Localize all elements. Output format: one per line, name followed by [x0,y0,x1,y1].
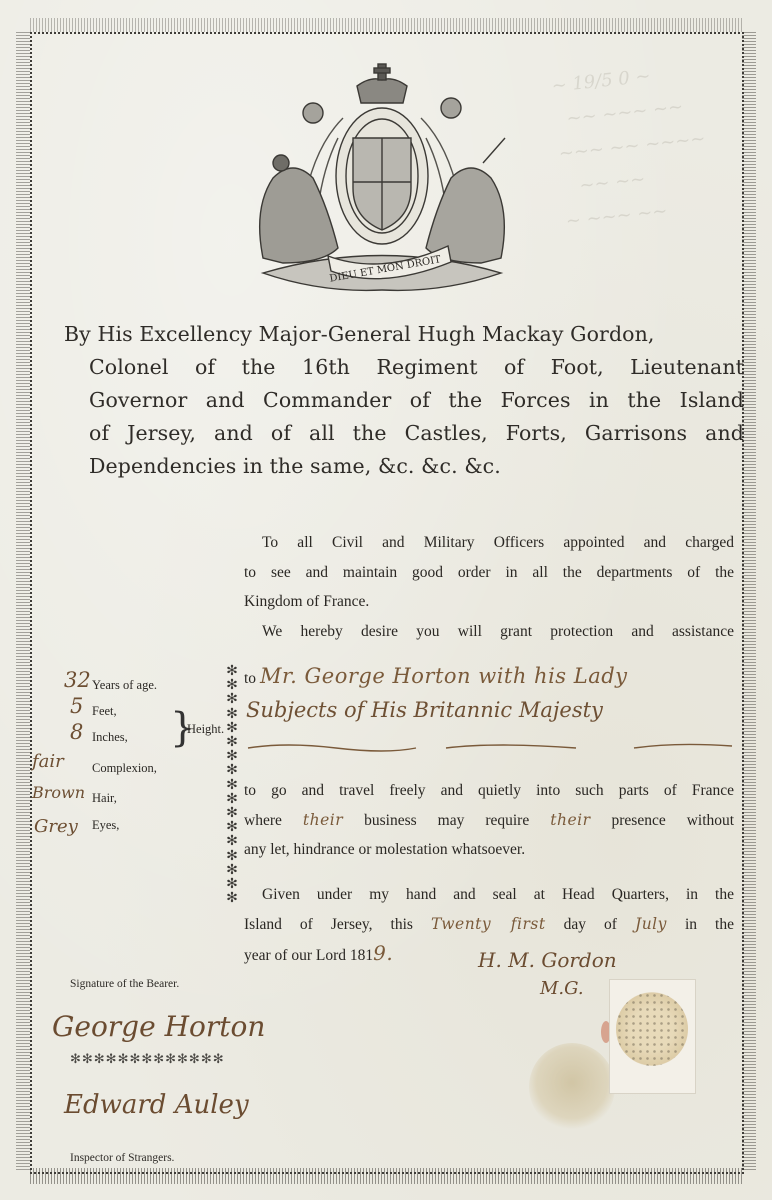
to-label: to [244,670,256,687]
hair-row: Brown Hair, [40,787,240,811]
inches-label: Inches, [92,730,128,745]
travel-paragraph: to go and travel freely and quietly into… [244,776,734,865]
heading-line-2: Colonel of the 16th Regiment of Foot, Li… [64,351,744,384]
royal-coat-of-arms-icon: DIEU ET MON DROIT [243,58,521,298]
year-prefix: year of our Lord 181 [244,947,373,964]
their-handwritten-1: their [303,811,343,829]
where-text: where [244,812,282,829]
governor-signature: H. M. Gordon [478,948,617,972]
bearer-signature-label: Signature of the Bearer. [70,978,179,990]
complexion-value: fair [32,751,64,772]
complexion-label: Complexion, [92,761,157,776]
border-fringe-top [30,18,742,32]
age-value: 32 [64,668,91,692]
request-line: We hereby desire you will grant protecti… [244,617,734,647]
star-row-ornament: ✻✻✻✻✻✻✻✻✻✻✻✻✻ [70,1052,225,1067]
in-the-text: in the [685,916,734,933]
feet-value: 5 [70,694,83,718]
inspector-signature: Edward Auley [64,1090,249,1120]
border-fringe-right [742,32,756,1172]
bearer-line: to Mr. George Horton with his Lady [244,662,734,694]
heading-line-1: By His Excellency Major-General Hugh Mac… [64,318,744,351]
feet-label: Feet, [92,704,117,719]
address-line-3: Kingdom of France. [244,587,734,617]
travel-line-3: any let, hindrance or molestation whatso… [244,835,734,865]
paper-seal-icon [609,979,696,1094]
heading-line-3: Governor and Commander of the Forces in … [64,384,744,417]
travel-line-2: where their business may require their p… [244,806,734,836]
complexion-row: fair Complexion, [40,757,240,781]
given-line-2: Island of Jersey, this Twenty first day … [244,910,734,940]
age-label: Years of age. [92,678,157,693]
border-fringe-left [16,32,30,1172]
address-line-2: to see and maintain good order in all th… [244,558,734,588]
heading-line-5: Dependencies in the same, &c. &c. &c. [64,450,744,483]
bearer-signature: George Horton [52,1010,265,1043]
eyes-row: Grey Eyes, [40,814,240,838]
hair-label: Hair, [92,791,117,806]
travel-line-1: to go and travel freely and quietly into… [244,776,734,806]
star-column-ornament: ✻ ✻ ✻ ✻ ✻ ✻ ✻ ✻ ✻ ✻ ✻ ✻ ✻ ✻ ✻ ✻ ✻ [224,664,240,905]
eyes-label: Eyes, [92,818,119,833]
hair-value: Brown [32,783,85,802]
presence-text: presence without [612,812,735,829]
island-text: Island of Jersey, this [244,916,413,933]
height-label: Height. [187,722,224,737]
governor-rank-signature: M.G. [540,978,584,999]
bearer-name-handwritten: Mr. George Horton with his Lady [260,664,628,688]
heading-line-4: of Jersey, and of all the Castles, Forts… [64,417,744,450]
month-handwritten: July [635,915,667,933]
business-text: business may require [364,812,529,829]
seal-impression [616,992,688,1066]
issuer-heading: By His Excellency Major-General Hugh Mac… [64,318,744,483]
address-paragraph: To all Civil and Military Officers appoi… [244,528,734,646]
water-stain [529,1043,615,1131]
day-of-text: day of [564,916,617,933]
address-line-1: To all Civil and Military Officers appoi… [244,528,734,558]
day-handwritten: Twenty first [431,915,546,933]
their-handwritten-2: their [550,811,590,829]
inches-value: 8 [70,720,83,744]
subjects-handwritten: Subjects of His Britannic Majesty [246,698,603,722]
given-line-1: Given under my hand and seal at Head Qua… [244,880,734,910]
year-digit-handwritten: 9. [373,941,393,965]
inspector-label: Inspector of Strangers. [70,1152,174,1164]
handwritten-dashes [246,740,736,754]
eyes-value: Grey [34,816,78,837]
